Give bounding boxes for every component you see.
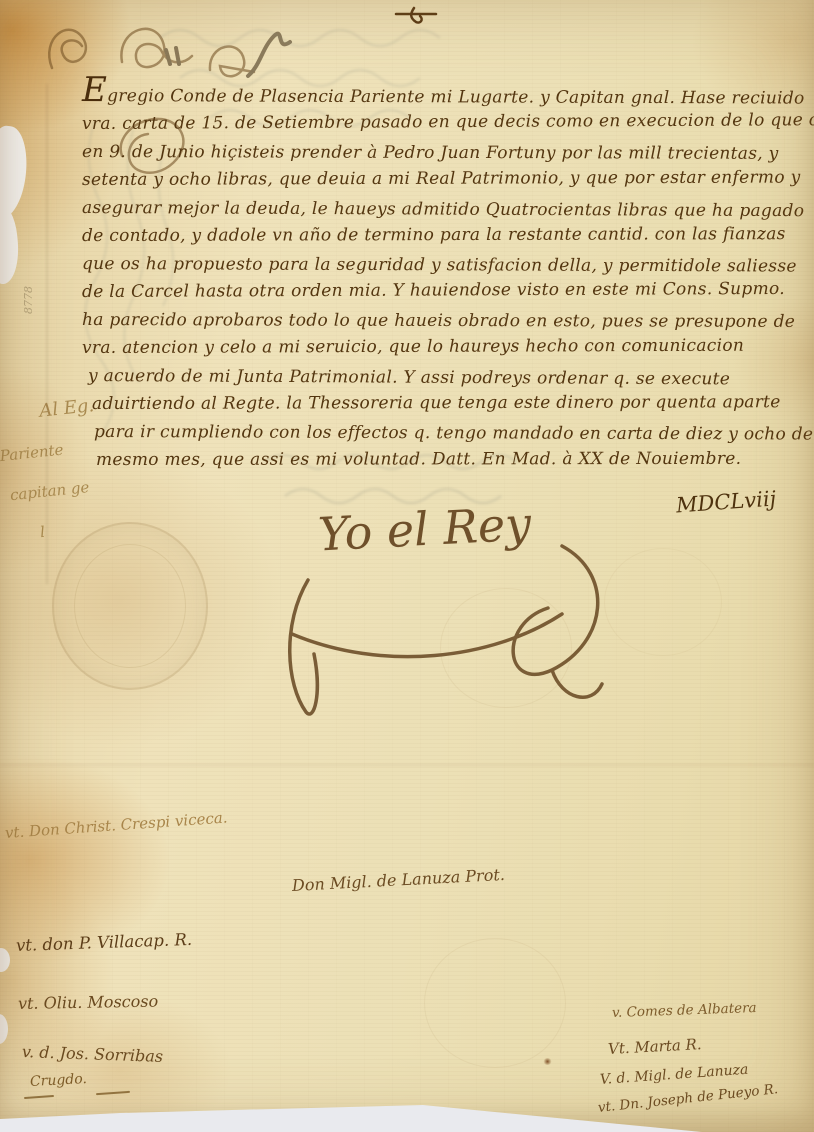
manuscript-line: aduirtiendo al Regte. la Thessoreria que… xyxy=(92,388,798,418)
fold-crease xyxy=(46,84,48,584)
regent-subscription-left: v. d. Jos. Sorribas xyxy=(22,1042,164,1066)
regent-subscription-right: Vt. Marta R. xyxy=(608,1035,702,1058)
blind-embossed-seal xyxy=(604,548,722,656)
letter-body: Egregio Conde de Plasencia Pariente mi L… xyxy=(82,76,798,474)
archive-number: 8778 xyxy=(22,286,35,314)
scanned-letter-page: Egregio Conde de Plasencia Pariente mi L… xyxy=(0,0,814,1132)
torn-edge-patch xyxy=(0,124,31,220)
ink-stain-dot xyxy=(543,1058,552,1065)
vicechancellor-subscription: vt. Don Christ. Crespi viceca. xyxy=(4,808,228,842)
torn-edge-patch xyxy=(0,1014,8,1044)
rubric-stroke xyxy=(24,1095,54,1099)
manuscript-line: para ir cumpliendo con los effectos q. t… xyxy=(94,418,798,448)
manuscript-line: vra. carta de 15. de Setiembre pasado en… xyxy=(82,106,798,138)
blind-embossed-seal xyxy=(424,938,566,1068)
manuscript-line: de contado, y dadole vn año de termino p… xyxy=(82,220,798,250)
manuscript-line: de la Carcel hasta otra orden mia. Y hau… xyxy=(82,275,798,306)
regent-subscription-right: vt. Dn. Joseph de Pueyo R. xyxy=(597,1081,779,1116)
address-line: l xyxy=(38,505,109,552)
manuscript-line: vra. atencion y celo a mi seruicio, que … xyxy=(82,332,798,362)
year-roman-numeral: MDCLviij xyxy=(675,487,777,518)
regent-subscription-left: vt. don P. Villacap. R. xyxy=(16,930,193,955)
blind-embossed-seal xyxy=(440,588,572,708)
margin-address-note: Al Eg. Pariente capitan ge l xyxy=(0,386,109,555)
regent-subscription-left: vt. Oliu. Moscoso xyxy=(18,992,158,1013)
torn-edge-patch xyxy=(0,948,10,972)
rubric-mark: Crugdo. xyxy=(30,1071,88,1090)
rubric-stroke xyxy=(96,1091,130,1095)
regent-subscription-right: v. Comes de Albatera xyxy=(612,1000,757,1021)
protonotary-subscription: Don Migl. de Lanuza Prot. xyxy=(292,865,506,895)
torn-edge-patch xyxy=(0,202,22,285)
manuscript-line: mesmo mes, que assi es mi voluntad. Datt… xyxy=(96,445,798,474)
manuscript-paper: Egregio Conde de Plasencia Pariente mi L… xyxy=(0,0,814,1132)
manuscript-line: setenta y ocho libras, que deuia a mi Re… xyxy=(82,164,798,194)
regent-subscription-right: V. d. Migl. de Lanuza xyxy=(599,1062,748,1088)
fold-crease xyxy=(0,764,814,766)
invocation-cross-icon xyxy=(392,4,444,26)
royal-signature: Yo el Rey xyxy=(317,496,533,561)
